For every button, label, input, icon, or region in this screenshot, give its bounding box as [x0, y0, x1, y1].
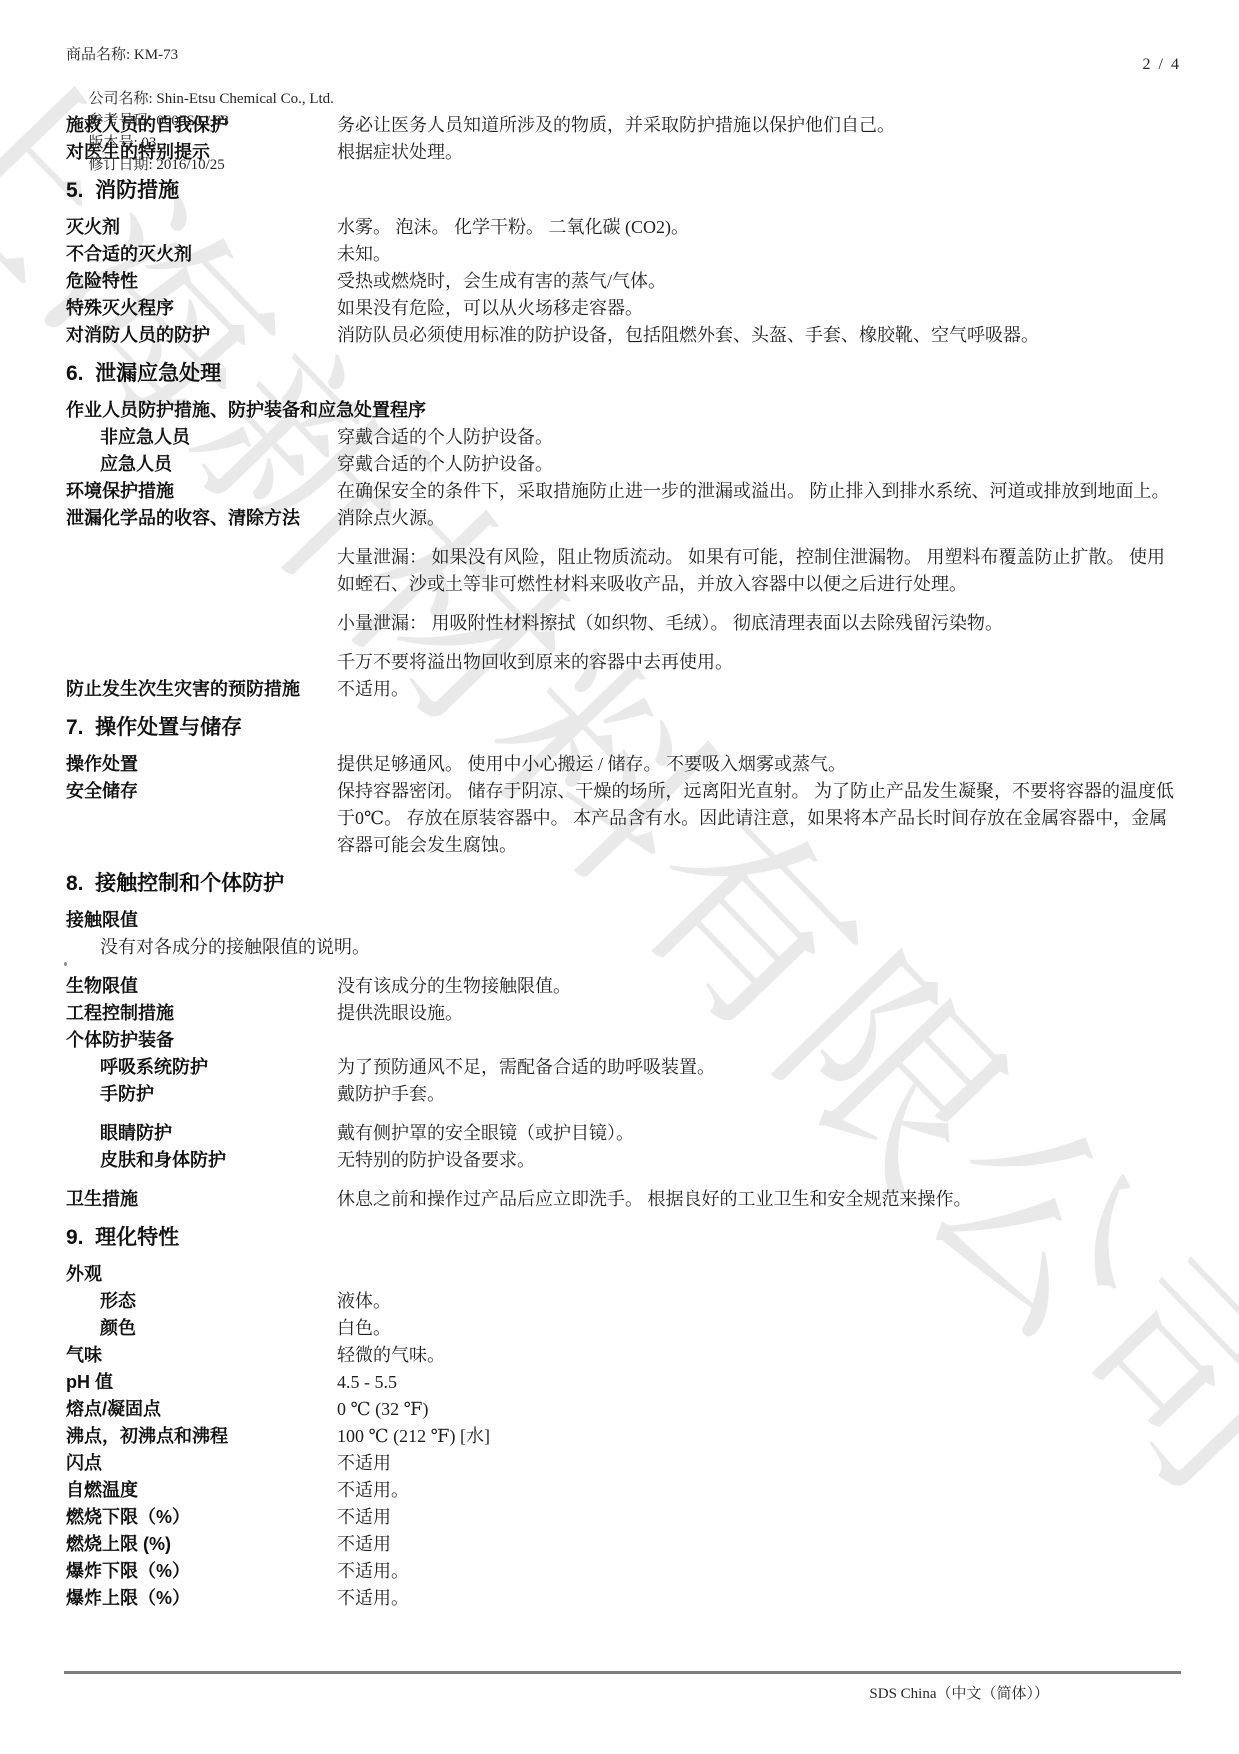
sub-heading-row: 作业人员防护措施、防护装备和应急处置程序 — [66, 397, 1181, 424]
field-label: 不合适的灭火剂 — [66, 241, 337, 268]
sub-heading-row: 个体防护装备 — [66, 1027, 1181, 1054]
field-label: 灭火剂 — [66, 214, 337, 241]
field-value: 不适用。 — [337, 1558, 1181, 1585]
field-value: 消防队员必须使用标准的防护设备，包括阻燃外套、头盔、手套、橡胶靴、空气呼吸器。 — [337, 322, 1181, 349]
field-label: 气味 — [66, 1342, 337, 1369]
field-value: 0 ℃ (32 ℉) — [337, 1396, 1181, 1423]
field-value: 如果没有危险，可以从火场移走容器。 — [337, 295, 1181, 322]
field-value: 在确保安全的条件下，采取措施防止进一步的泄漏或溢出。 防止排入到排水系统、河道或… — [337, 478, 1181, 505]
field-value: 大量泄漏： 如果没有风险，阻止物质流动。 如果有可能，控制住泄漏物。 用塑料布覆… — [337, 544, 1181, 598]
field-value: 保持容器密闭。 储存于阴凉、干燥的场所，远离阳光直射。 为了防止产品发生凝聚，不… — [337, 778, 1181, 859]
field-label: 燃烧下限（%） — [66, 1504, 337, 1531]
field-value: 小量泄漏： 用吸附性材料擦拭（如织物、毛绒）。 彻底清理表面以去除残留污染物。 — [337, 610, 1181, 637]
field-row: 安全储存保持容器密闭。 储存于阴凉、干燥的场所，远离阳光直射。 为了防止产品发生… — [66, 778, 1181, 859]
field-label: 作业人员防护措施、防护装备和应急处置程序 — [66, 397, 1181, 424]
field-row: 熔点/凝固点0 ℃ (32 ℉) — [66, 1396, 1181, 1423]
field-label: 爆炸下限（%） — [66, 1558, 337, 1585]
page-header: 商品名称: KM-73 公司名称: Shin-Etsu Chemical Co.… — [66, 44, 1181, 198]
field-row: pH 值4.5 - 5.5 — [66, 1369, 1181, 1396]
header-meta-line: 公司名称: Shin-Etsu Chemical Co., Ltd. 参考号码:… — [66, 66, 1181, 198]
field-label: 环境保护措施 — [66, 478, 337, 505]
field-value: 没有该成分的生物接触限值。 — [337, 973, 1181, 1000]
field-row: 燃烧下限（%）不适用 — [66, 1504, 1181, 1531]
header-version-number: 版本号: 03 — [89, 135, 157, 151]
field-value: 戴有侧护罩的安全眼镜（或护目镜）。 — [337, 1120, 1181, 1147]
section-heading: 6. 泄漏应急处理 — [66, 359, 1181, 389]
field-row: 形态液体。 — [66, 1288, 1181, 1315]
field-row: 特殊灭火程序如果没有危险，可以从火场移走容器。 — [66, 295, 1181, 322]
section-heading: 9. 理化特性 — [66, 1223, 1181, 1253]
field-value: 不适用 — [337, 1531, 1181, 1558]
footer-sds-language-label: SDS China（中文（简体）） — [869, 1682, 1049, 1703]
field-label: 接触限值 — [66, 907, 1181, 934]
document-body: 施救人员的自我保护务必让医务人员知道所涉及的物质，并采取防护措施以保护他们自己。… — [66, 112, 1181, 1612]
field-row: 灭火剂水雾。 泡沫。 化学干粉。 二氧化碳 (CO2)。 — [66, 214, 1181, 241]
field-label: 应急人员 — [66, 451, 337, 478]
field-label: 操作处置 — [66, 751, 337, 778]
field-value: 提供洗眼设施。 — [337, 1000, 1181, 1027]
field-value: 白色。 — [337, 1315, 1181, 1342]
field-row: 爆炸上限（%）不适用。 — [66, 1585, 1181, 1612]
field-value: 液体。 — [337, 1288, 1181, 1315]
field-label: 颜色 — [66, 1315, 337, 1342]
field-row: 工程控制措施提供洗眼设施。 — [66, 1000, 1181, 1027]
sub-heading-row: 外观 — [66, 1261, 1181, 1288]
field-row: 应急人员穿戴合适的个人防护设备。 — [66, 451, 1181, 478]
field-row: 操作处置提供足够通风。 使用中小心搬运 / 储存。 不要吸入烟雾或蒸气。 — [66, 751, 1181, 778]
header-product-name: 商品名称: KM-73 — [66, 44, 1181, 66]
field-label: 特殊灭火程序 — [66, 295, 337, 322]
field-row: 防止发生次生灾害的预防措施不适用。 — [66, 676, 1181, 703]
field-row: 泄漏化学品的收容、清除方法消除点火源。 — [66, 505, 1181, 532]
field-label: 外观 — [66, 1261, 1181, 1288]
header-reference-number: 参考号码: 0605S0 / 03 — [89, 113, 229, 129]
field-value: 无特别的防护设备要求。 — [337, 1147, 1181, 1174]
field-value: 受热或燃烧时，会生成有害的蒸气/气体。 — [337, 268, 1181, 295]
field-row: 自燃温度不适用。 — [66, 1477, 1181, 1504]
header-revision-date: 修订日期: 2016/10/25 — [89, 157, 225, 173]
page-number: 2 / 4 — [1143, 54, 1181, 76]
field-value: 不适用。 — [337, 676, 1181, 703]
field-value: 戴防护手套。 — [337, 1081, 1181, 1108]
sub-heading-row: 接触限值 — [66, 907, 1181, 934]
field-label: 卫生措施 — [66, 1186, 337, 1213]
section-heading: 8. 接触控制和个体防护 — [66, 869, 1181, 899]
field-row: 千万不要将溢出物回收到原来的容器中去再使用。 — [66, 649, 1181, 676]
field-value: 没有对各成分的接触限值的说明。 — [100, 934, 1181, 961]
field-row: 皮肤和身体防护无特别的防护设备要求。 — [66, 1147, 1181, 1174]
field-row: 燃烧上限 (%)不适用 — [66, 1531, 1181, 1558]
field-row: 颜色白色。 — [66, 1315, 1181, 1342]
field-value: 提供足够通风。 使用中小心搬运 / 储存。 不要吸入烟雾或蒸气。 — [337, 751, 1181, 778]
field-value: 千万不要将溢出物回收到原来的容器中去再使用。 — [337, 649, 1181, 676]
field-label: 呼吸系统防护 — [66, 1054, 337, 1081]
field-label: 皮肤和身体防护 — [66, 1147, 337, 1174]
field-label: 个体防护装备 — [66, 1027, 1181, 1054]
field-value: 不适用。 — [337, 1477, 1181, 1504]
field-row: 危险特性受热或燃烧时，会生成有害的蒸气/气体。 — [66, 268, 1181, 295]
field-label: 沸点，初沸点和沸程 — [66, 1423, 337, 1450]
field-label: 生物限值 — [66, 973, 337, 1000]
field-row: 呼吸系统防护为了预防通风不足，需配备合适的助呼吸装置。 — [66, 1054, 1181, 1081]
field-row: 生物限值没有该成分的生物接触限值。 — [66, 973, 1181, 1000]
field-value: 100 ℃ (212 ℉) [水] — [337, 1423, 1181, 1450]
field-label: 工程控制措施 — [66, 1000, 337, 1027]
field-value: 轻微的气味。 — [337, 1342, 1181, 1369]
field-value: 不适用。 — [337, 1585, 1181, 1612]
field-label: 危险特性 — [66, 268, 337, 295]
field-row: 闪点不适用 — [66, 1450, 1181, 1477]
field-label: 对消防人员的防护 — [66, 322, 337, 349]
field-row: 没有对各成分的接触限值的说明。 — [66, 934, 1181, 961]
sds-document-page: 上海新材料有限公司 商品名称: KM-73 公司名称: Shin-Etsu Ch… — [0, 0, 1239, 1754]
field-row: 非应急人员穿戴合适的个人防护设备。 — [66, 424, 1181, 451]
field-row: 大量泄漏： 如果没有风险，阻止物质流动。 如果有可能，控制住泄漏物。 用塑料布覆… — [66, 544, 1181, 598]
field-row: 爆炸下限（%）不适用。 — [66, 1558, 1181, 1585]
field-label: pH 值 — [66, 1369, 337, 1396]
field-value: 消除点火源。 — [337, 505, 1181, 532]
field-row: 气味轻微的气味。 — [66, 1342, 1181, 1369]
field-label: 泄漏化学品的收容、清除方法 — [66, 505, 337, 532]
field-label: 闪点 — [66, 1450, 337, 1477]
field-row: 卫生措施休息之前和操作过产品后应立即洗手。 根据良好的工业卫生和安全规范来操作。 — [66, 1186, 1181, 1213]
field-label: 手防护 — [66, 1081, 337, 1108]
field-row: 小量泄漏： 用吸附性材料擦拭（如织物、毛绒）。 彻底清理表面以去除残留污染物。 — [66, 610, 1181, 637]
field-value: 穿戴合适的个人防护设备。 — [337, 424, 1181, 451]
field-row: 手防护戴防护手套。 — [66, 1081, 1181, 1108]
field-value: 不适用 — [337, 1450, 1181, 1477]
field-value: 水雾。 泡沫。 化学干粉。 二氧化碳 (CO2)。 — [337, 214, 1181, 241]
field-label: 防止发生次生灾害的预防措施 — [66, 676, 337, 703]
field-label: 眼睛防护 — [66, 1120, 337, 1147]
field-label: 燃烧上限 (%) — [66, 1531, 337, 1558]
field-value: 未知。 — [337, 241, 1181, 268]
field-row: 不合适的灭火剂未知。 — [66, 241, 1181, 268]
field-value: 休息之前和操作过产品后应立即洗手。 根据良好的工业卫生和安全规范来操作。 — [337, 1186, 1181, 1213]
field-label: 安全储存 — [66, 778, 337, 805]
field-row: 眼睛防护戴有侧护罩的安全眼镜（或护目镜）。 — [66, 1120, 1181, 1147]
field-value: 穿戴合适的个人防护设备。 — [337, 451, 1181, 478]
field-label: 非应急人员 — [66, 424, 337, 451]
field-row: 沸点，初沸点和沸程100 ℃ (212 ℉) [水] — [66, 1423, 1181, 1450]
field-value: 4.5 - 5.5 — [337, 1369, 1181, 1396]
field-value: 为了预防通风不足，需配备合适的助呼吸装置。 — [337, 1054, 1181, 1081]
field-value: 不适用 — [337, 1504, 1181, 1531]
section-heading: 7. 操作处置与储存 — [66, 713, 1181, 743]
footer-divider — [64, 1671, 1181, 1674]
field-row: 环境保护措施在确保安全的条件下，采取措施防止进一步的泄漏或溢出。 防止排入到排水… — [66, 478, 1181, 505]
field-label: 形态 — [66, 1288, 337, 1315]
field-label: 爆炸上限（%） — [66, 1585, 337, 1612]
header-company-name: 公司名称: Shin-Etsu Chemical Co., Ltd. — [89, 91, 334, 107]
field-label: 熔点/凝固点 — [66, 1396, 337, 1423]
field-row: 对消防人员的防护消防队员必须使用标准的防护设备，包括阻燃外套、头盔、手套、橡胶靴… — [66, 322, 1181, 349]
field-label: 自燃温度 — [66, 1477, 337, 1504]
scan-artifact-dot — [64, 962, 67, 966]
